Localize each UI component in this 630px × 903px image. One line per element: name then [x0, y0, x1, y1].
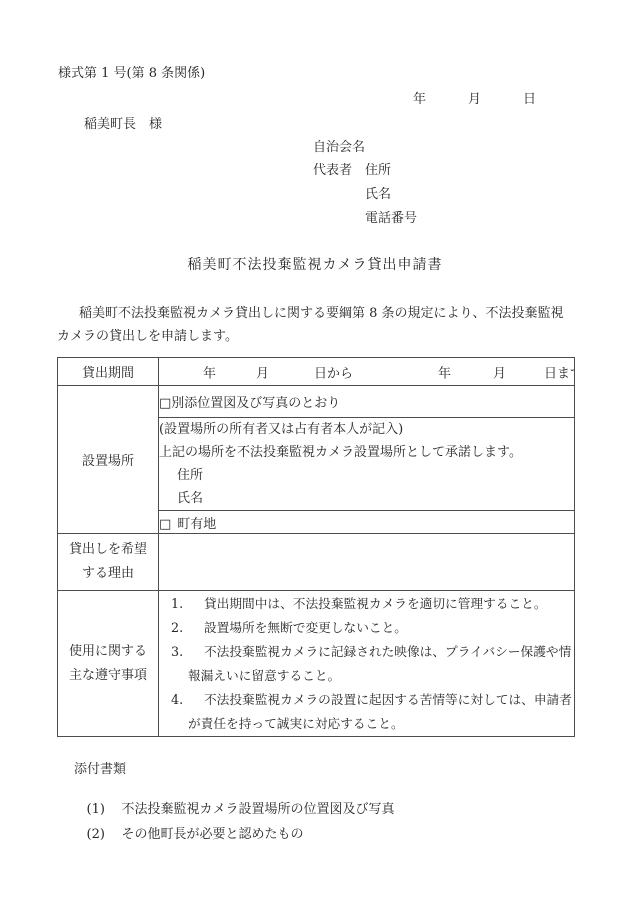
rule-item: 3. 不法投棄監視カメラに記録された映像は、プライバシー保護や情 報漏えいに留意… [159, 640, 574, 688]
attachments-heading: 添付書類 [74, 762, 126, 777]
reason-row: 貸出しを希望 する理由 [58, 534, 575, 591]
location-label: 設置場所 [58, 386, 159, 534]
rules-row: 使用に関する 主な遵守事項 1. 貸出期間中は、不法投棄監視カメラを適切に管理す… [58, 591, 575, 737]
checkbox-town-land-icon: □ [159, 517, 171, 532]
body-paragraph-line2: カメラの貸出しを申請します。 [57, 329, 238, 344]
rule-text: 不法投棄監視カメラに記録された映像は、プライバシー保護や情 [188, 640, 574, 664]
checkbox-map-icon: □ [159, 396, 171, 411]
rule-item: 2. 設置場所を無断で変更しないこと。 [159, 616, 574, 640]
period-row: 貸出期間 年 月 日から 年 月 日まで [58, 358, 575, 386]
period-from-month-label: 月 [256, 362, 269, 381]
location-map-option-cell: □別添位置図及び写真のとおり [159, 386, 575, 418]
period-to-day-label: 日まで [544, 362, 575, 381]
rule-number: 4. [171, 688, 183, 712]
period-to-year-label: 年 [438, 362, 451, 381]
period-input-area: 年 月 日から 年 月 日まで [159, 358, 575, 386]
consent-text: 上記の場所を不法投棄監視カメラ設置場所として承諾します。 [159, 441, 574, 464]
rule-text-continued: が責任を持って誠実に対応すること。 [188, 712, 574, 736]
period-label: 貸出期間 [58, 358, 159, 386]
representative-address-label: 代表者 住所 [313, 163, 391, 178]
location-town-land-cell: □町有地 [159, 511, 575, 534]
application-table: 貸出期間 年 月 日から 年 月 日まで 設置場所 □別添位置図及び写真のとおり [57, 357, 575, 737]
period-from-year-label: 年 [203, 362, 216, 381]
form-number: 様式第 1 号(第 8 条関係) [58, 66, 205, 81]
attachment-text: その他町長が必要と認めたもの [122, 827, 304, 842]
rules-label-line1: 使用に関する [58, 640, 158, 664]
attachment-number: (2) [87, 827, 122, 842]
reason-label: 貸出しを希望 する理由 [58, 534, 159, 591]
association-name-label: 自治会名 [313, 140, 365, 155]
rule-number: 1. [171, 592, 183, 616]
consent-address-label: 住所 [159, 464, 574, 487]
reason-input-area [159, 534, 575, 591]
date-month-label: 月 [468, 92, 481, 107]
application-form-page: 様式第 1 号(第 8 条関係) 年 月 日 稲美町長 様 自治会名 代表者 住… [0, 0, 630, 903]
rule-number: 2. [171, 616, 183, 640]
representative-name-label: 氏名 [365, 187, 391, 202]
location-map-option-label: 別添位置図及び写真のとおり [171, 396, 340, 411]
period-to-month-label: 月 [493, 362, 506, 381]
rule-text: 設置場所を無断で変更しないこと。 [188, 616, 574, 640]
rule-text: 貸出期間中は、不法投棄監視カメラを適切に管理すること。 [188, 592, 574, 616]
rule-text: 不法投棄監視カメラの設置に起因する苦情等に対しては、申請者 [188, 688, 574, 712]
period-from-day-label: 日から [314, 362, 353, 381]
location-consent-cell: (設置場所の所有者又は占有者本人が記入) 上記の場所を不法投棄監視カメラ設置場所… [159, 418, 575, 511]
rules-label-line2: 主な遵守事項 [58, 664, 158, 688]
rule-text-continued: 報漏えいに留意すること。 [188, 664, 574, 688]
rules-list: 1. 貸出期間中は、不法投棄監視カメラを適切に管理すること。 2. 設置場所を無… [159, 591, 575, 737]
page-title: 稲美町不法投棄監視カメラ貸出申請書 [0, 258, 630, 273]
rule-item: 1. 貸出期間中は、不法投棄監視カメラを適切に管理すること。 [159, 592, 574, 616]
reason-label-line2: する理由 [58, 562, 158, 586]
town-land-option-label: 町有地 [177, 517, 216, 532]
body-paragraph-line1: 稲美町不法投棄監視カメラ貸出しに関する要綱第 8 条の規定により、不法投棄監視 [79, 306, 564, 321]
date-year-label: 年 [413, 92, 426, 107]
location-row-map-option: 設置場所 □別添位置図及び写真のとおり [58, 386, 575, 418]
attachment-item: (2)その他町長が必要と認めたもの [70, 812, 304, 857]
date-day-label: 日 [523, 92, 536, 107]
rule-number: 3. [171, 640, 183, 664]
addressee: 稲美町長 様 [84, 117, 162, 132]
consent-name-label: 氏名 [159, 487, 574, 510]
phone-number-label: 電話番号 [365, 211, 417, 226]
reason-label-line1: 貸出しを希望 [58, 538, 158, 562]
rule-item: 4. 不法投棄監視カメラの設置に起因する苦情等に対しては、申請者 が責任を持って… [159, 688, 574, 736]
consent-note: (設置場所の所有者又は占有者本人が記入) [159, 418, 574, 441]
rules-label: 使用に関する 主な遵守事項 [58, 591, 159, 737]
